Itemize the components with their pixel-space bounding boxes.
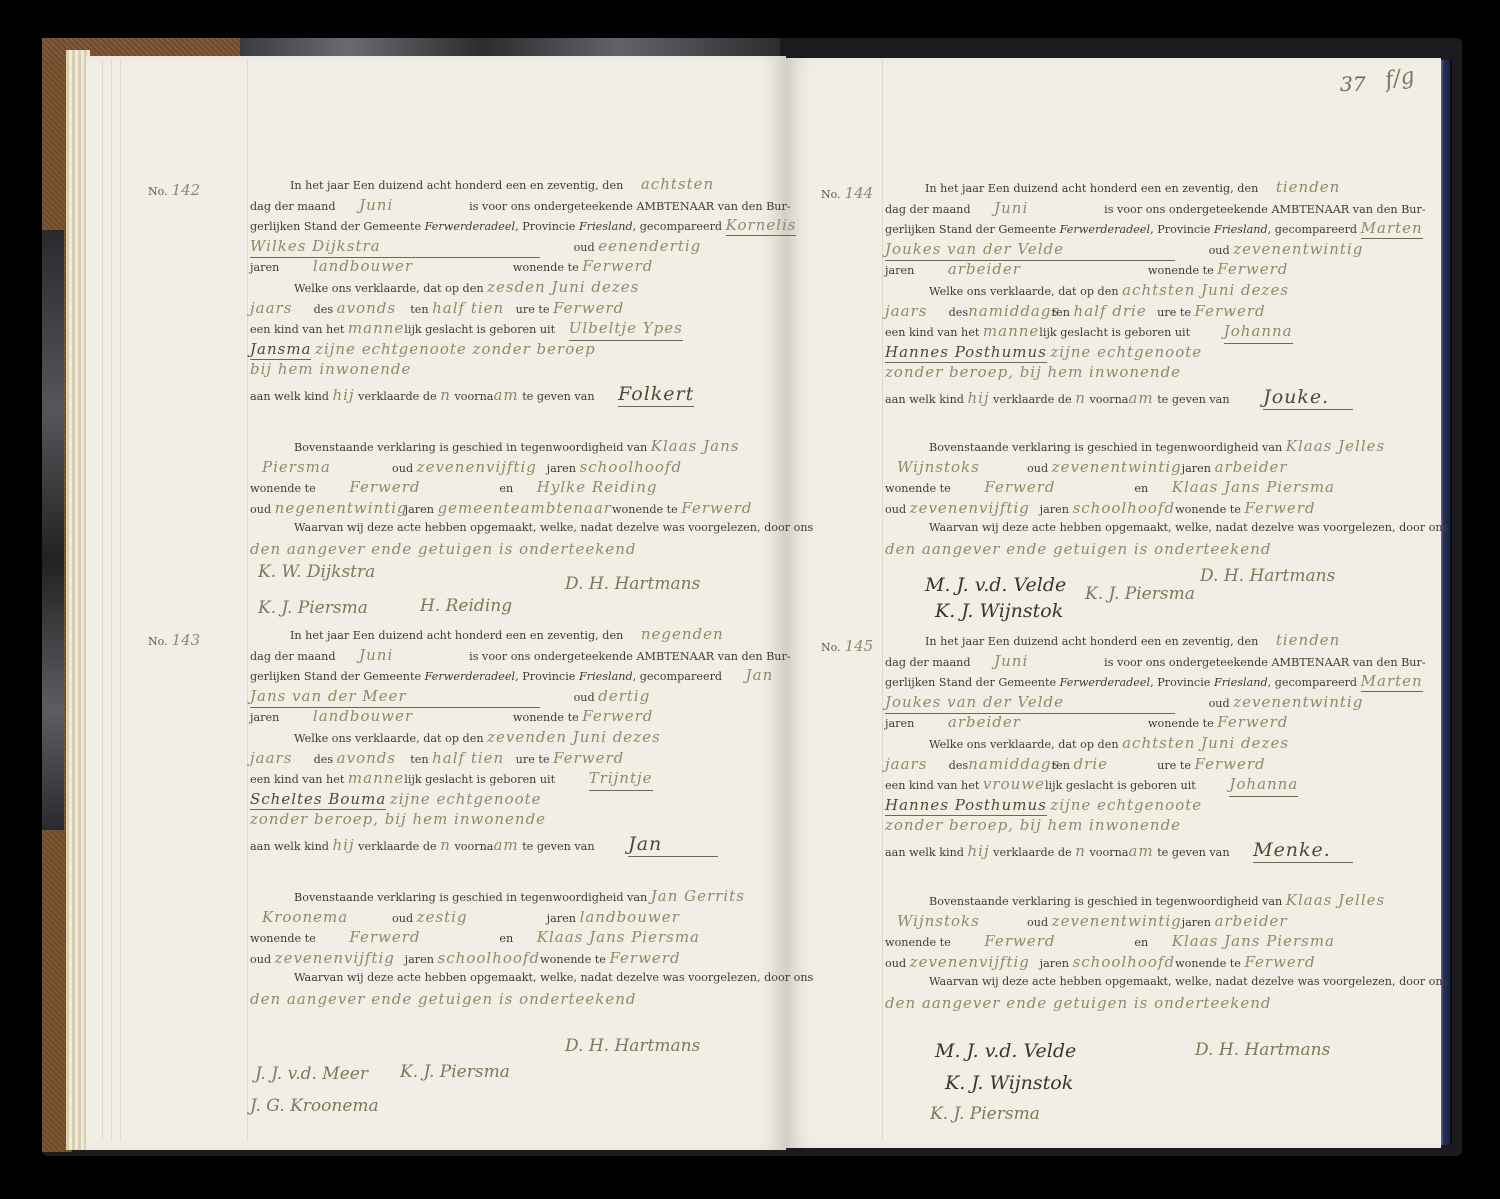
witness-block-142: Bovenstaande verklaring is geschied in t… [250, 436, 790, 560]
act-number: No.145 [821, 636, 873, 659]
signature-official: D. H. Hartmans [565, 574, 700, 594]
signature-witness-1: K. J. Piersma [258, 598, 368, 618]
signature-declarant: M. J. v.d. Velde [925, 574, 1066, 596]
act-number: No.142 [148, 180, 200, 203]
act-number: No.144 [821, 183, 873, 206]
signature-witness-1: K. J. Wijnstok [945, 1072, 1073, 1094]
signature-declarant: K. W. Dijkstra [258, 562, 375, 582]
marbled-board-left [42, 230, 64, 830]
signature-witness-2: K. J. Piersma [1085, 584, 1195, 604]
signature-declarant: J. J. v.d. Meer [255, 1064, 368, 1084]
witness-block-145: Bovenstaande verklaring is geschied in t… [885, 890, 1425, 1014]
birth-act-144: No.144 In het jaar Een duizend acht hond… [885, 177, 1425, 408]
signature-witness-2: H. Reiding [420, 596, 512, 616]
birth-act-143: No.143 In het jaar Een duizend acht hond… [250, 624, 790, 855]
margin-rule-left [247, 60, 248, 1140]
signature-witness-1: K. J. Wijnstok [935, 600, 1063, 622]
witness-block-144: Bovenstaande verklaring is geschied in t… [885, 436, 1425, 560]
folio-mark: f/g [1383, 64, 1417, 94]
witness-block-143: Bovenstaande verklaring is geschied in t… [250, 886, 790, 1010]
folio-number: 37 [1340, 72, 1365, 96]
signature-official: D. H. Hartmans [1200, 566, 1335, 586]
signature-declarant: M. J. v.d. Velde [935, 1040, 1076, 1062]
signature-witness-2: K. J. Piersma [930, 1104, 1040, 1124]
leaf-edges [94, 60, 124, 1140]
signature-witness-2: J. G. Kroonema [250, 1096, 379, 1116]
signature-official: D. H. Hartmans [565, 1036, 700, 1056]
signature-official: D. H. Hartmans [1195, 1040, 1330, 1060]
signature-witness-1: K. J. Piersma [400, 1062, 510, 1082]
birth-act-142: No.142 In het jaar Een duizend acht hond… [250, 174, 790, 405]
margin-rule-right [882, 60, 883, 1140]
birth-act-145: No.145 In het jaar Een duizend acht hond… [885, 630, 1425, 861]
act-number: No.143 [148, 630, 200, 653]
